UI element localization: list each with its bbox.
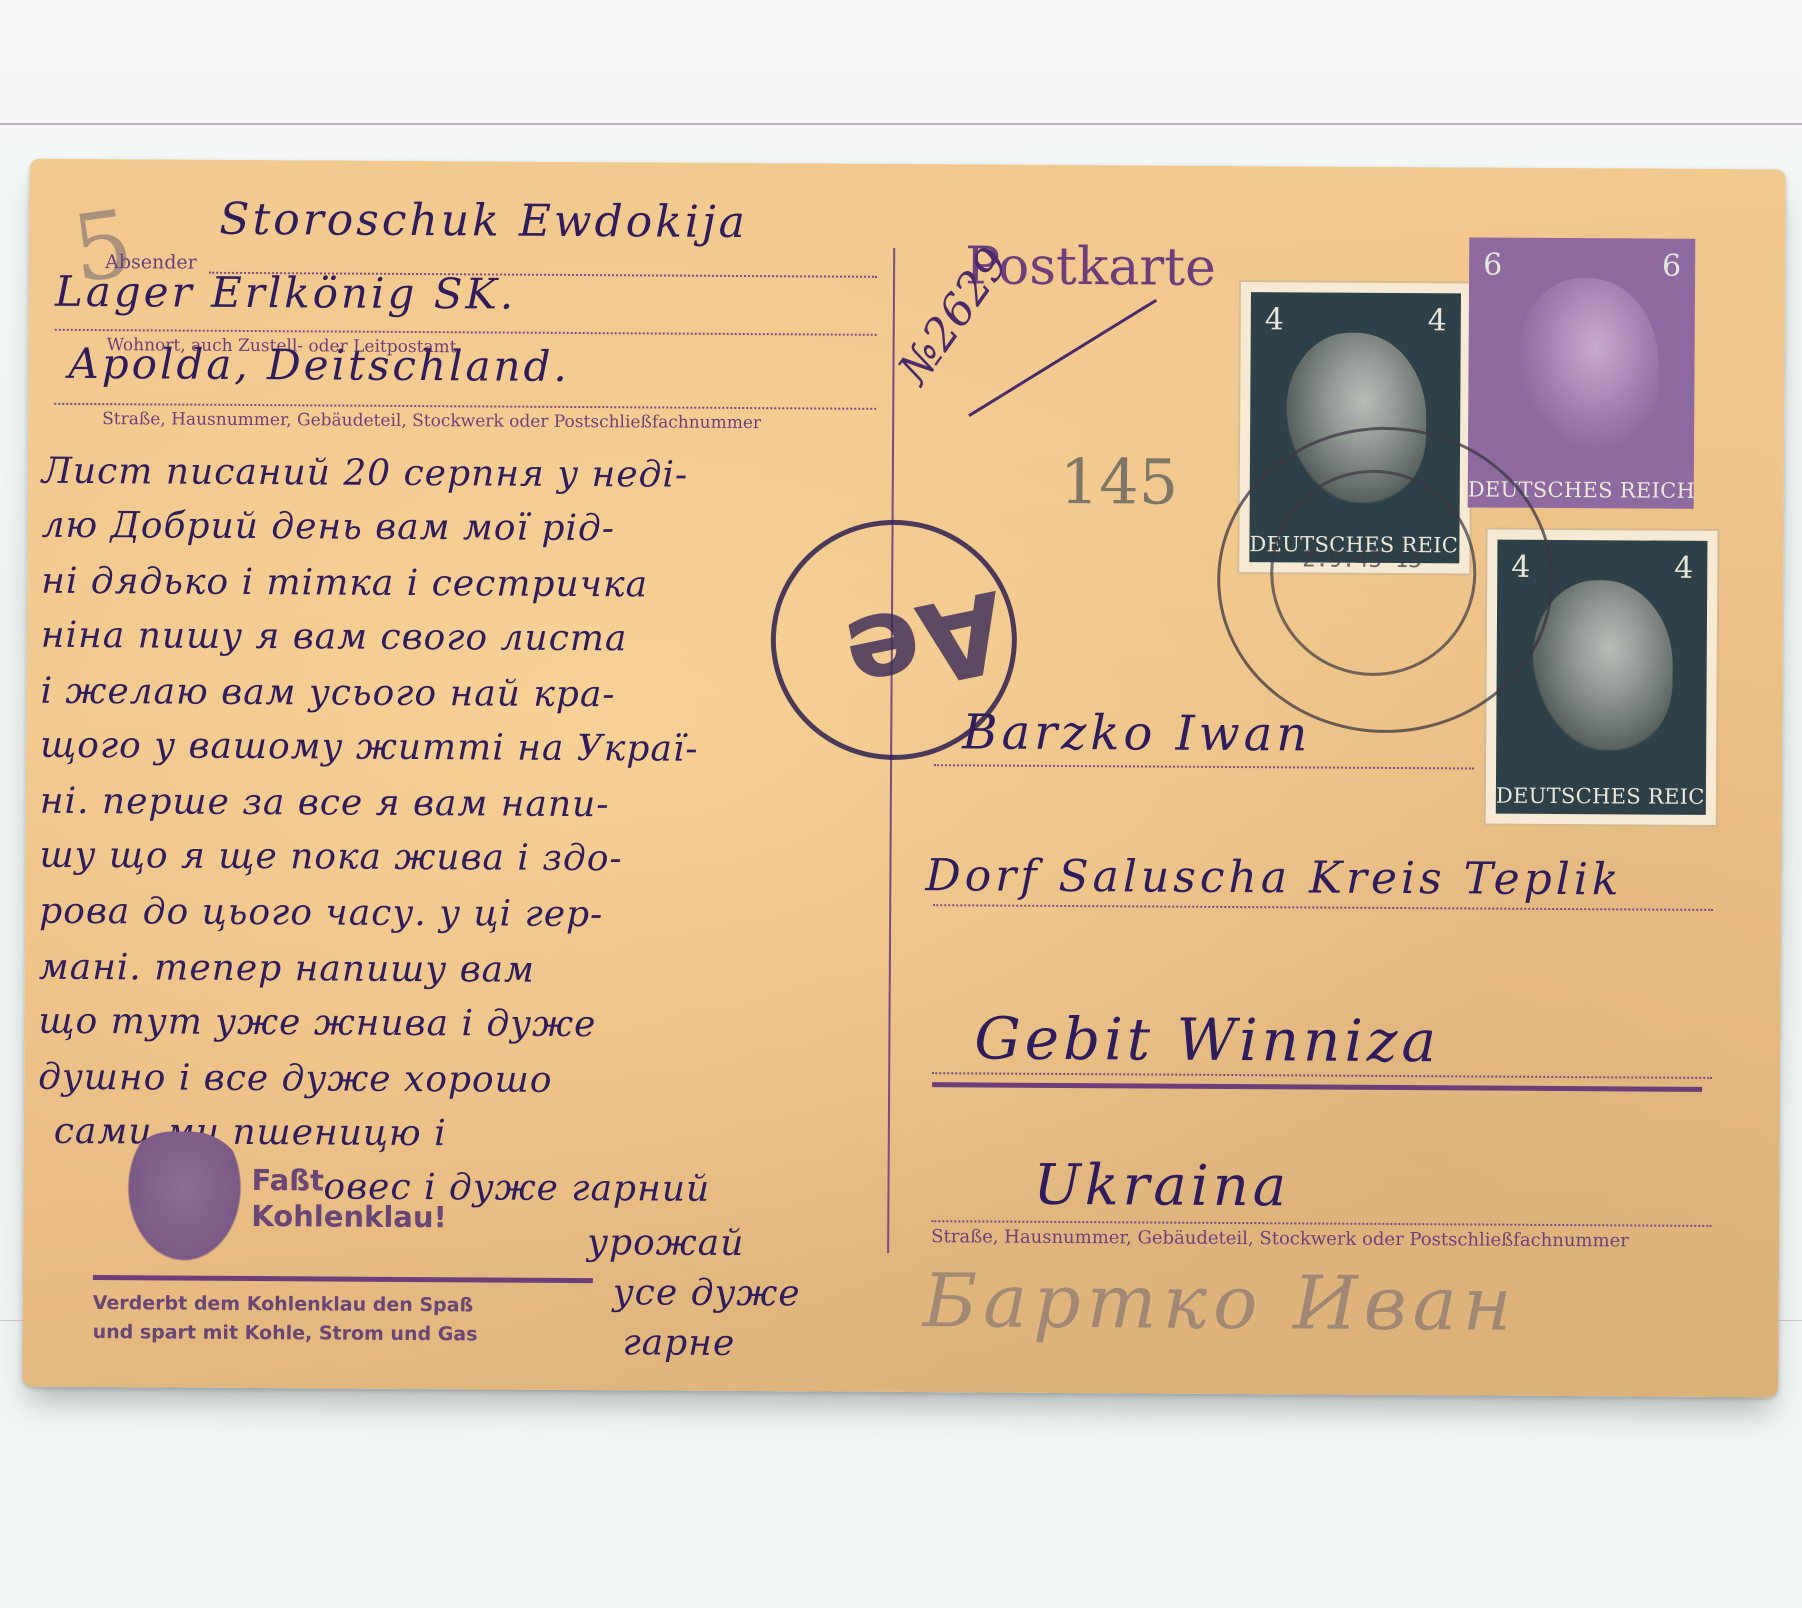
- kohlenklau-sub-line-1: Verderbt dem Kohlenklau den Spaß: [93, 1289, 478, 1320]
- kohlenklau-figure-icon: [119, 1131, 250, 1272]
- pencil-count: 145: [1060, 445, 1179, 519]
- message-line: душно і все дуже хорошо: [38, 1057, 553, 1101]
- postcard: 5 Absender Storoschuk Ewdokija Lager Erl…: [22, 159, 1785, 1398]
- recipient-country: Ukraina: [1033, 1153, 1290, 1220]
- message-line: урожай: [587, 1222, 744, 1264]
- recipient-name: Barzko Iwan: [962, 704, 1311, 762]
- message-line: усе дуже: [613, 1272, 801, 1314]
- portrait-icon: [1532, 580, 1673, 751]
- guide-line-top: [0, 123, 1802, 125]
- recipient-rule: [932, 1082, 1702, 1092]
- message-line: і желаю вам усього най кра-: [40, 671, 615, 716]
- message-line: сами ми пшеницю і: [54, 1111, 447, 1154]
- message-line: що тут уже жнива і дуже: [38, 1001, 596, 1045]
- reference-underline: [968, 299, 1157, 417]
- stamp-6-imprint: 6 6 DEUTSCHES REICH: [1468, 237, 1696, 508]
- recipient-name-dotline: [934, 764, 1474, 769]
- message-line: щого у вашому житті на Украї-: [40, 725, 699, 770]
- message-line: рова до цього часу. у ці гер-: [39, 891, 603, 935]
- message-line: Лист писаний 20 серпня у неді-: [42, 451, 689, 496]
- message-body: Лист писаний 20 серпня у неді- лю Добрий…: [30, 159, 1786, 170]
- recipient-village: Dorf Saluscha Kreis Teplik: [925, 850, 1622, 905]
- postmark-date: 2.9.43-13: [1302, 547, 1421, 573]
- recipient-strasse-label: Straße, Hausnummer, Gebäudeteil, Stockwe…: [931, 1226, 1629, 1251]
- message-line: гарне: [622, 1322, 735, 1364]
- message-line: ні дядько і тітка і сестричка: [41, 561, 648, 606]
- message-line: ні. перше за все я вам напи-: [40, 781, 610, 825]
- sender-name: Storoschuk Ewdokija: [219, 194, 748, 248]
- kohlenklau-title-line-2: Kohlenklau!: [251, 1198, 447, 1235]
- recipient-region: Gebit Winniza: [974, 1004, 1440, 1075]
- postmark: 2.9.43-13: [1216, 426, 1554, 734]
- kohlenklau-title: Faßt Kohlenklau!: [251, 1162, 447, 1235]
- kohlenklau-rule: [93, 1275, 593, 1283]
- kohlenklau-title-line-1: Faßt: [251, 1162, 447, 1199]
- sender-place: Apolda, Deitschland.: [68, 339, 570, 391]
- message-line: лю Добрий день вам мої рід-: [41, 505, 615, 550]
- message-line: мані. тепер напишу вам: [39, 947, 535, 991]
- kohlenklau-subtitle: Verderbt dem Kohlenklau den Spaß und spa…: [93, 1289, 478, 1349]
- reference-number: №2629: [889, 239, 1019, 394]
- recipient-pencil-note: Бартко Иван: [923, 1258, 1518, 1348]
- kohlenklau-sub-line-2: und spart mit Kohle, Strom und Gas: [93, 1318, 478, 1349]
- portrait-icon: [1518, 278, 1659, 449]
- message-line: ніна пишу я вам свого листа: [41, 615, 628, 660]
- sender-camp: Lager Erlkönig SK.: [55, 267, 517, 319]
- message-line: шу що я ще пока жива і здо-: [39, 835, 622, 880]
- sender-strasse-label: Straße, Hausnummer, Gebäudeteil, Stockwe…: [102, 409, 761, 433]
